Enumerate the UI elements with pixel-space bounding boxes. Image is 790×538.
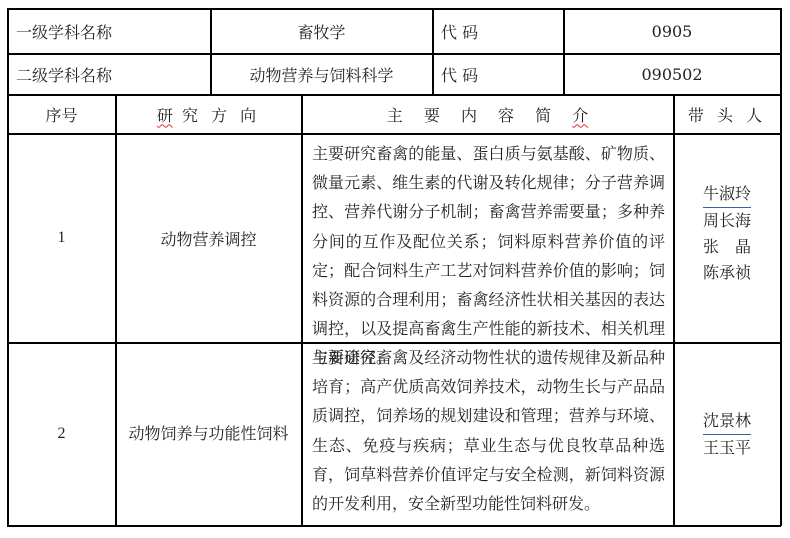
table-row-1-summary: 主要研究畜禽的能量、蛋白质与氨基酸、矿物质、微量元素、维生素的代谢及转化规律；分… bbox=[302, 134, 673, 342]
border-right bbox=[780, 8, 782, 526]
level2-label: 二级学科名称 bbox=[8, 54, 210, 94]
table-row-2-summary: 主要研究畜禽及经济动物性状的遗传规律及新品种培育；高产优质高效饲养技术，动物生长… bbox=[302, 343, 673, 525]
leader-name: 王玉平 bbox=[703, 435, 751, 461]
level2-code: 090502 bbox=[564, 54, 780, 94]
table-row-1-leaders: 牛淑玲 周长海 张 晶 陈承祯 bbox=[674, 134, 780, 342]
table-row-1-direction: 动物营养调控 bbox=[116, 134, 301, 342]
leader-name: 牛淑玲 bbox=[703, 181, 751, 208]
column-header-direction: 研 究 方 向 bbox=[116, 95, 301, 133]
column-header-leader: 带 头 人 bbox=[674, 95, 780, 133]
table-row-2-leaders: 沈景林 王玉平 bbox=[674, 343, 780, 525]
level1-name: 畜牧学 bbox=[211, 9, 432, 53]
leader-name: 张 晶 bbox=[703, 234, 751, 260]
level2-code-label: 代 码 bbox=[433, 54, 563, 94]
summary-header-main: 主 要 内 容 简 bbox=[387, 103, 572, 126]
leader-name: 沈景林 bbox=[703, 408, 751, 435]
direction-rest: 究 方 向 bbox=[173, 103, 260, 126]
summary-header-last: 介 bbox=[572, 103, 588, 126]
column-header-index: 序号 bbox=[8, 95, 115, 133]
level1-code-label: 代 码 bbox=[433, 9, 563, 53]
border-bottom bbox=[7, 525, 781, 527]
level2-name: 动物营养与饲料科学 bbox=[211, 54, 432, 94]
level1-code: 0905 bbox=[564, 9, 780, 53]
direction-first-char: 研 bbox=[157, 103, 173, 126]
leader-name: 陈承祯 bbox=[703, 260, 751, 286]
level1-label: 一级学科名称 bbox=[8, 9, 210, 53]
leader-name: 周长海 bbox=[703, 208, 751, 234]
table-row-2-direction: 动物饲养与功能性饲料 bbox=[116, 343, 301, 525]
table-row-1-index: 1 bbox=[8, 134, 115, 342]
column-header-summary: 主 要 内 容 简 介 bbox=[302, 95, 673, 133]
table-row-2-index: 2 bbox=[8, 343, 115, 525]
